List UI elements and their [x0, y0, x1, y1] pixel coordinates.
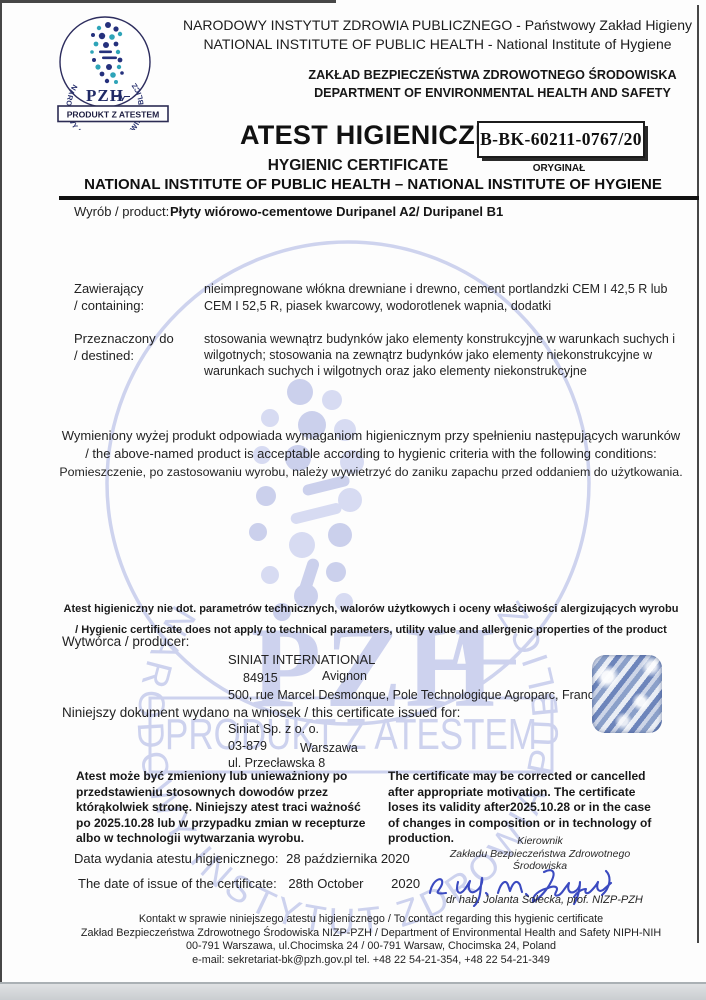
- producer-name: SINIAT INTERNATIONAL: [228, 652, 375, 667]
- destined-label-en: / destined:: [74, 348, 174, 365]
- containing-value: nieimpregnowane włókna drewniane i drewn…: [204, 281, 688, 314]
- pzh-logo: NARODOWY INSTYTUT ZDROWIA PUBLICZNEGO PZ…: [52, 10, 174, 130]
- certificate-page: NARODOWY INSTYTUT ZDROWIA PUBLICZNEGO PZ…: [0, 0, 706, 1000]
- producer-postal-code: 84915: [243, 671, 278, 685]
- containing-label: Zawierający / containing:: [74, 281, 144, 314]
- hologram-sticker: [592, 655, 662, 733]
- producer-label: Wytwórca / producer:: [62, 634, 189, 649]
- footer-line1: Kontakt w sprawie niniejszego atestu hig…: [56, 913, 686, 927]
- issue-date-label-pl: Data wydania atestu higienicznego:: [74, 851, 279, 866]
- signatory-role-line1: Kierownik: [438, 835, 642, 848]
- product-label: Wyrób / product:: [74, 204, 169, 219]
- issue-date-value-en-year: 2020: [391, 876, 420, 891]
- destined-label: Przeznaczony do / destined:: [74, 331, 174, 364]
- issue-date-label-en: The date of issue of the certificate:: [78, 876, 277, 891]
- containing-label-pl: Zawierający: [74, 281, 144, 298]
- product-value: Płyty wiórowo-cementowe Duripanel A2/ Du…: [170, 204, 503, 219]
- institute-name-pl: NARODOWY INSTYTUT ZDROWIA PUBLICZNEGO - …: [180, 16, 695, 35]
- original-label: ORYGINAŁ: [499, 163, 619, 174]
- institute-name-block: NARODOWY INSTYTUT ZDROWIA PUBLICZNEGO - …: [180, 16, 695, 54]
- certificate-number-box: B-BK-60211-0767/20: [477, 121, 645, 158]
- issued-for-city: Warszawa: [300, 741, 358, 755]
- certificate-title-en: HYGIENIC CERTIFICATE: [248, 157, 468, 175]
- footer-line4: e-mail: sekretariat-bk@pzh.gov.pl tel. +…: [56, 954, 686, 968]
- footer-line3: 00-791 Warszawa, ul.Chocimska 24 / 00-79…: [56, 940, 686, 954]
- conditions-line2: / the above-named product is acceptable …: [56, 445, 686, 463]
- issued-for-name: Siniat Sp. z o. o.: [228, 722, 319, 736]
- issue-date-value-en-day: 28th October: [288, 876, 363, 891]
- title-rule: [59, 196, 699, 200]
- issue-date-en: The date of issue of the certificate: 28…: [78, 876, 420, 891]
- scan-edge-left: [0, 0, 2, 985]
- certificate-number: B-BK-60211-0767/20: [480, 129, 642, 150]
- producer-city: Avignon: [322, 669, 367, 683]
- issue-date-value-pl: 28 października 2020: [286, 851, 410, 866]
- producer-address: 500, rue Marcel Desmonque, Pole Technolo…: [228, 688, 604, 702]
- footer-line2: Zakład Bezpieczeństwa Zdrowotnego Środow…: [56, 927, 686, 941]
- institute-name-en: NATIONAL INSTITUTE OF PUBLIC HEALTH - Na…: [180, 35, 695, 54]
- scanner-background: [0, 982, 706, 1000]
- conditions-line1: Wymieniony wyżej produkt odpowiada wymag…: [56, 427, 686, 445]
- issued-for-label: Niniejszy dokument wydano na wniosek / t…: [62, 705, 460, 720]
- validity-pl: Atest może być zmieniony lub unieważnion…: [76, 769, 370, 847]
- destined-label-pl: Przeznaczony do: [74, 331, 174, 348]
- certificate-title-pl: ATEST HIGIENICZNY: [240, 120, 513, 151]
- containing-label-en: / containing:: [74, 298, 144, 315]
- conditions-line3: Pomieszczenie, po zastosowaniu wyrobu, n…: [56, 463, 686, 481]
- issued-for-address: ul. Przecławska 8: [228, 756, 325, 770]
- scan-edge-top: [0, 0, 336, 3]
- signer-name: dr hab. Jolanta Solecka, prof. NIZP-PZH: [446, 894, 643, 906]
- logo-banner: PRODUKT Z ATESTEM: [67, 110, 160, 120]
- issue-date-pl: Data wydania atestu higienicznego: 28 pa…: [74, 851, 410, 866]
- footer-contact-block: Kontakt w sprawie niniejszego atestu hig…: [56, 913, 686, 967]
- disclaimer-pl: Atest higieniczny nie dot. parametrów te…: [56, 599, 686, 620]
- destined-value: stosowania wewnątrz budynków jako elemen…: [204, 331, 688, 379]
- department-name-pl: ZAKŁAD BEZPIECZEŃSTWA ZDROWOTNEGO ŚRODOW…: [290, 66, 695, 84]
- department-name-en: DEPARTMENT OF ENVIRONMENTAL HEALTH AND S…: [290, 84, 695, 102]
- issued-for-postal-code: 03-879: [228, 739, 267, 753]
- conditions-block: Wymieniony wyżej produkt odpowiada wymag…: [56, 427, 686, 481]
- institute-line: NATIONAL INSTITUTE OF PUBLIC HEALTH – NA…: [57, 176, 689, 193]
- scan-edge-right: [697, 5, 699, 943]
- department-name-block: ZAKŁAD BEZPIECZEŃSTWA ZDROWOTNEGO ŚRODOW…: [290, 66, 695, 102]
